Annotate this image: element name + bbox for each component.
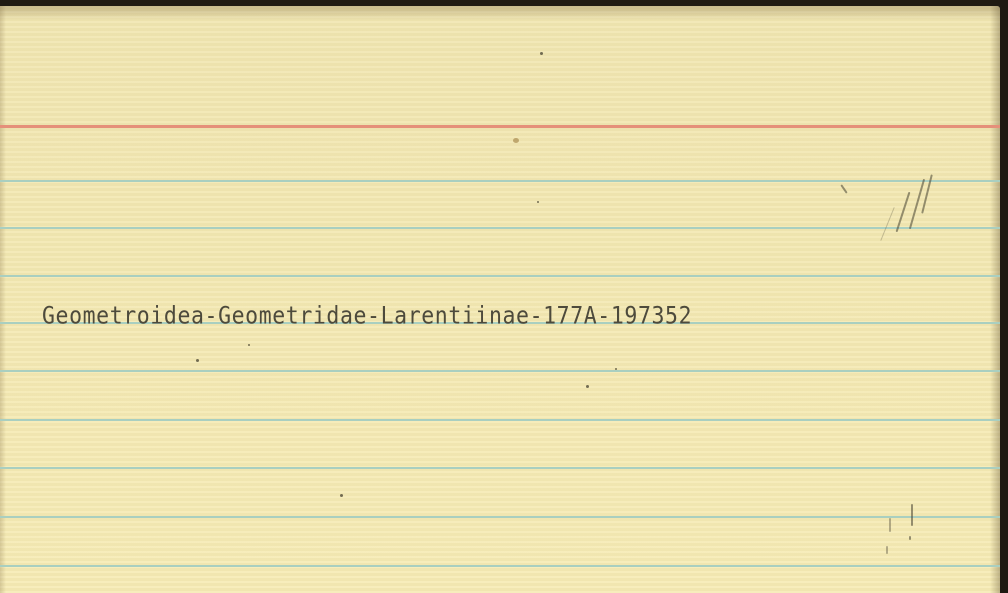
- speck: [540, 52, 543, 55]
- right-edge-shadow: [990, 6, 1000, 593]
- speck: [586, 385, 589, 388]
- index-card: Geometroidea-Geometridae-Larentiinae-177…: [0, 6, 1000, 593]
- specimen-classification-text: Geometroidea-Geometridae-Larentiinae-177…: [42, 302, 692, 330]
- blue-rule-2: [0, 227, 1000, 229]
- blue-rule-6: [0, 419, 1000, 421]
- header-red-rule: [0, 125, 1000, 128]
- pencil-mark: [840, 184, 847, 193]
- pencil-mark: [886, 546, 888, 554]
- blue-rule-5: [0, 370, 1000, 372]
- blue-rule-3: [0, 275, 1000, 277]
- speck: [615, 368, 617, 370]
- speck: [513, 138, 519, 143]
- pencil-mark: [880, 207, 894, 241]
- pencil-mark: [889, 518, 891, 532]
- speck: [196, 359, 199, 362]
- speck: [537, 201, 539, 203]
- blue-rule-9: [0, 565, 1000, 567]
- speck: [340, 494, 343, 497]
- blue-rule-1: [0, 180, 1000, 182]
- pencil-mark: [909, 536, 911, 540]
- blue-rule-8: [0, 516, 1000, 518]
- left-edge-shadow: [0, 6, 6, 593]
- blue-rule-7: [0, 467, 1000, 469]
- pencil-mark: [911, 504, 913, 526]
- speck: [248, 344, 250, 346]
- top-edge-shadow: [0, 6, 1000, 20]
